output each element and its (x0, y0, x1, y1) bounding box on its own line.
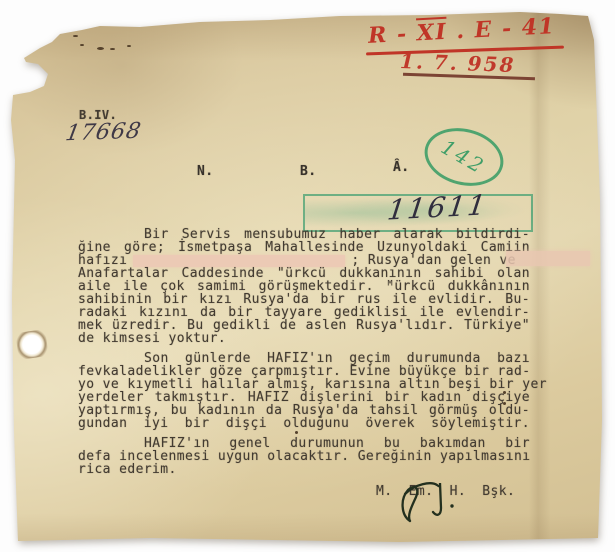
paragraph: Bir Servis mensubumuz haber alarak bildi… (78, 228, 530, 345)
paper-speck (503, 391, 506, 394)
paper-speck (127, 45, 131, 47)
paper-sheet: R - XI . E - 41 1. 7. 958 B.IV. 17668 N.… (0, 0, 615, 552)
green-circled-number: 142 (418, 120, 509, 194)
initial-b: B. (300, 164, 316, 179)
initial-a: Â. (393, 160, 409, 175)
scanned-document-page: R - XI . E - 41 1. 7. 958 B.IV. 17668 N.… (0, 0, 615, 552)
red-ref-prefix: R - (367, 20, 417, 49)
paper-speck (80, 44, 84, 46)
paper-shadow-wrap: R - XI . E - 41 1. 7. 958 B.IV. 17668 N.… (0, 0, 615, 552)
redacted-name-block (133, 255, 345, 267)
paper-speck (73, 35, 78, 37)
paper-speck (110, 48, 115, 50)
stamp-number-handwritten: 11611 (386, 188, 490, 226)
erased-patch (506, 251, 590, 266)
body-text: Bir Servis mensubumuz haber alarak bildi… (78, 228, 530, 483)
red-ref-roman-numeral: XI (416, 19, 448, 47)
paper-speck (97, 47, 104, 50)
red-reference-number: R - XI . E - 41 (367, 13, 556, 49)
circled-number-text: 142 (438, 135, 491, 179)
paper-hole (15, 329, 48, 360)
paper-speck (42, 40, 46, 43)
handwritten-signature (393, 474, 468, 526)
file-number-handwritten: 17668 (64, 119, 144, 147)
text-line: gundan iyi bir dişçi olduğunu överek söy… (78, 417, 530, 430)
text-line: de kimsesi yoktur. (78, 332, 530, 345)
paragraph: HAFIZ'ın genel durumunun bu bakımdan bir… (78, 437, 530, 476)
paragraph: Son günlerde HAFIZ'ın geçim durumunda ba… (78, 352, 530, 430)
red-ref-suffix: . E - 41 (446, 13, 556, 45)
paper-speck (295, 431, 298, 434)
initial-n: N. (197, 164, 213, 179)
paper-speck (503, 402, 506, 405)
